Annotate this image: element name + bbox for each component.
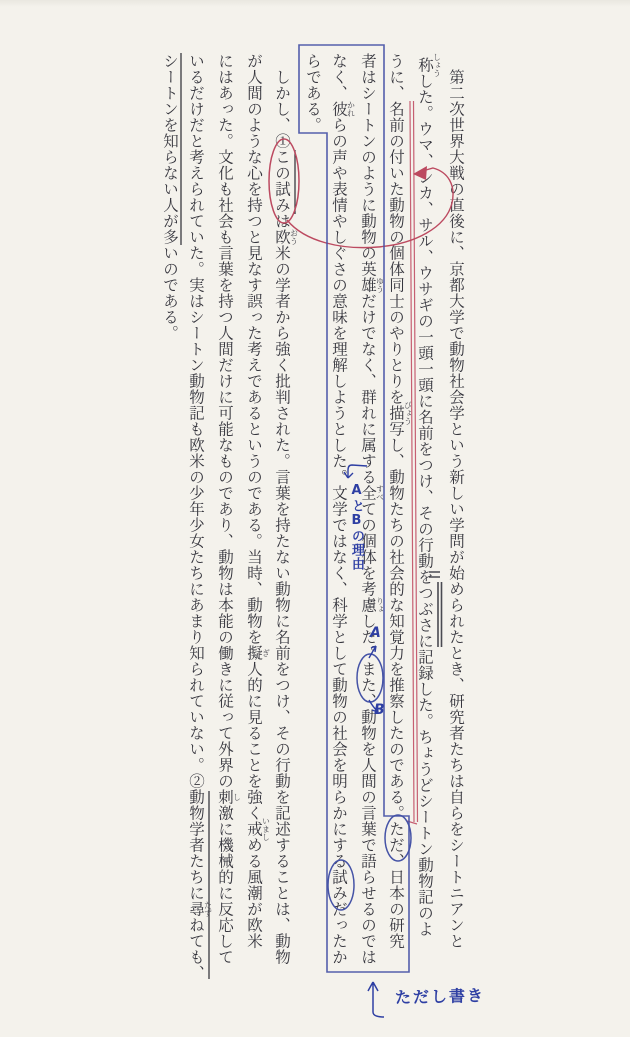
ruby-annotated-kanji: 描びょう bbox=[387, 405, 405, 421]
text-column-2: 称しょうした。ウマ、シカ、サル、ウサギの一頭一頭に名前をつけ、その行動をつぶさに… bbox=[413, 53, 441, 1003]
handwritten-note-tadashigaki: ただし書き bbox=[395, 988, 485, 1007]
text-column-8: が人間のような心を持つと見なす誤った考えであるというのである。当時、動物を擬ぎ人… bbox=[242, 53, 270, 1003]
text-column-1: 第二次世界大戦の直後に、京都大学で動物社会学という新しい学問が始められたとき、研… bbox=[442, 53, 470, 1003]
ruby-annotated-kanji: 戒いまし bbox=[245, 821, 263, 837]
ruby-annotated-kanji: 彼かれ bbox=[330, 101, 348, 117]
handwritten-letter-b: B bbox=[374, 703, 385, 718]
ruby-annotated-kanji: 刺し bbox=[216, 789, 234, 805]
ruby-annotated-kanji: 称しょう bbox=[416, 53, 434, 73]
handwritten-note-reason: AとBの理由 bbox=[341, 483, 363, 593]
ruby-annotated-kanji: 尋たず bbox=[187, 901, 205, 917]
ruby-annotated-kanji: 雄ゆう bbox=[359, 277, 377, 293]
handwritten-letter-a: A bbox=[370, 626, 381, 641]
ruby-annotated-kanji: 欧おう bbox=[273, 229, 291, 245]
ruby-annotated-kanji: 擬ぎ bbox=[245, 645, 263, 661]
text-column-7: しかし、①この試みは欧おう米の学者から強く批判された。言葉を持たない動物に名前を… bbox=[270, 53, 298, 1003]
text-column-9: にはあった。文化も社会も言葉を持つ人間だけに可能なものであり、動物は本能の働きに… bbox=[213, 53, 241, 1003]
text-column-3: うに、名前の付いた動物の個体同士のやりとりを描びょう写し、動物たちの社会的な知覚… bbox=[384, 53, 412, 1003]
text-column-11: シートンを知らない人が多いのである。 bbox=[156, 53, 184, 1003]
ruby-annotated-kanji: 慮りょ bbox=[359, 597, 377, 613]
scanned-test-page: 第二次世界大戦の直後に、京都大学で動物社会学という新しい学問が始められたとき、研… bbox=[0, 0, 630, 1037]
text-column-10: いるだけだと考えられていた。実はシートン動物記も欧米の少年少女たちにあまり知られ… bbox=[184, 53, 212, 1003]
text-column-6: らである。 bbox=[299, 53, 327, 1003]
